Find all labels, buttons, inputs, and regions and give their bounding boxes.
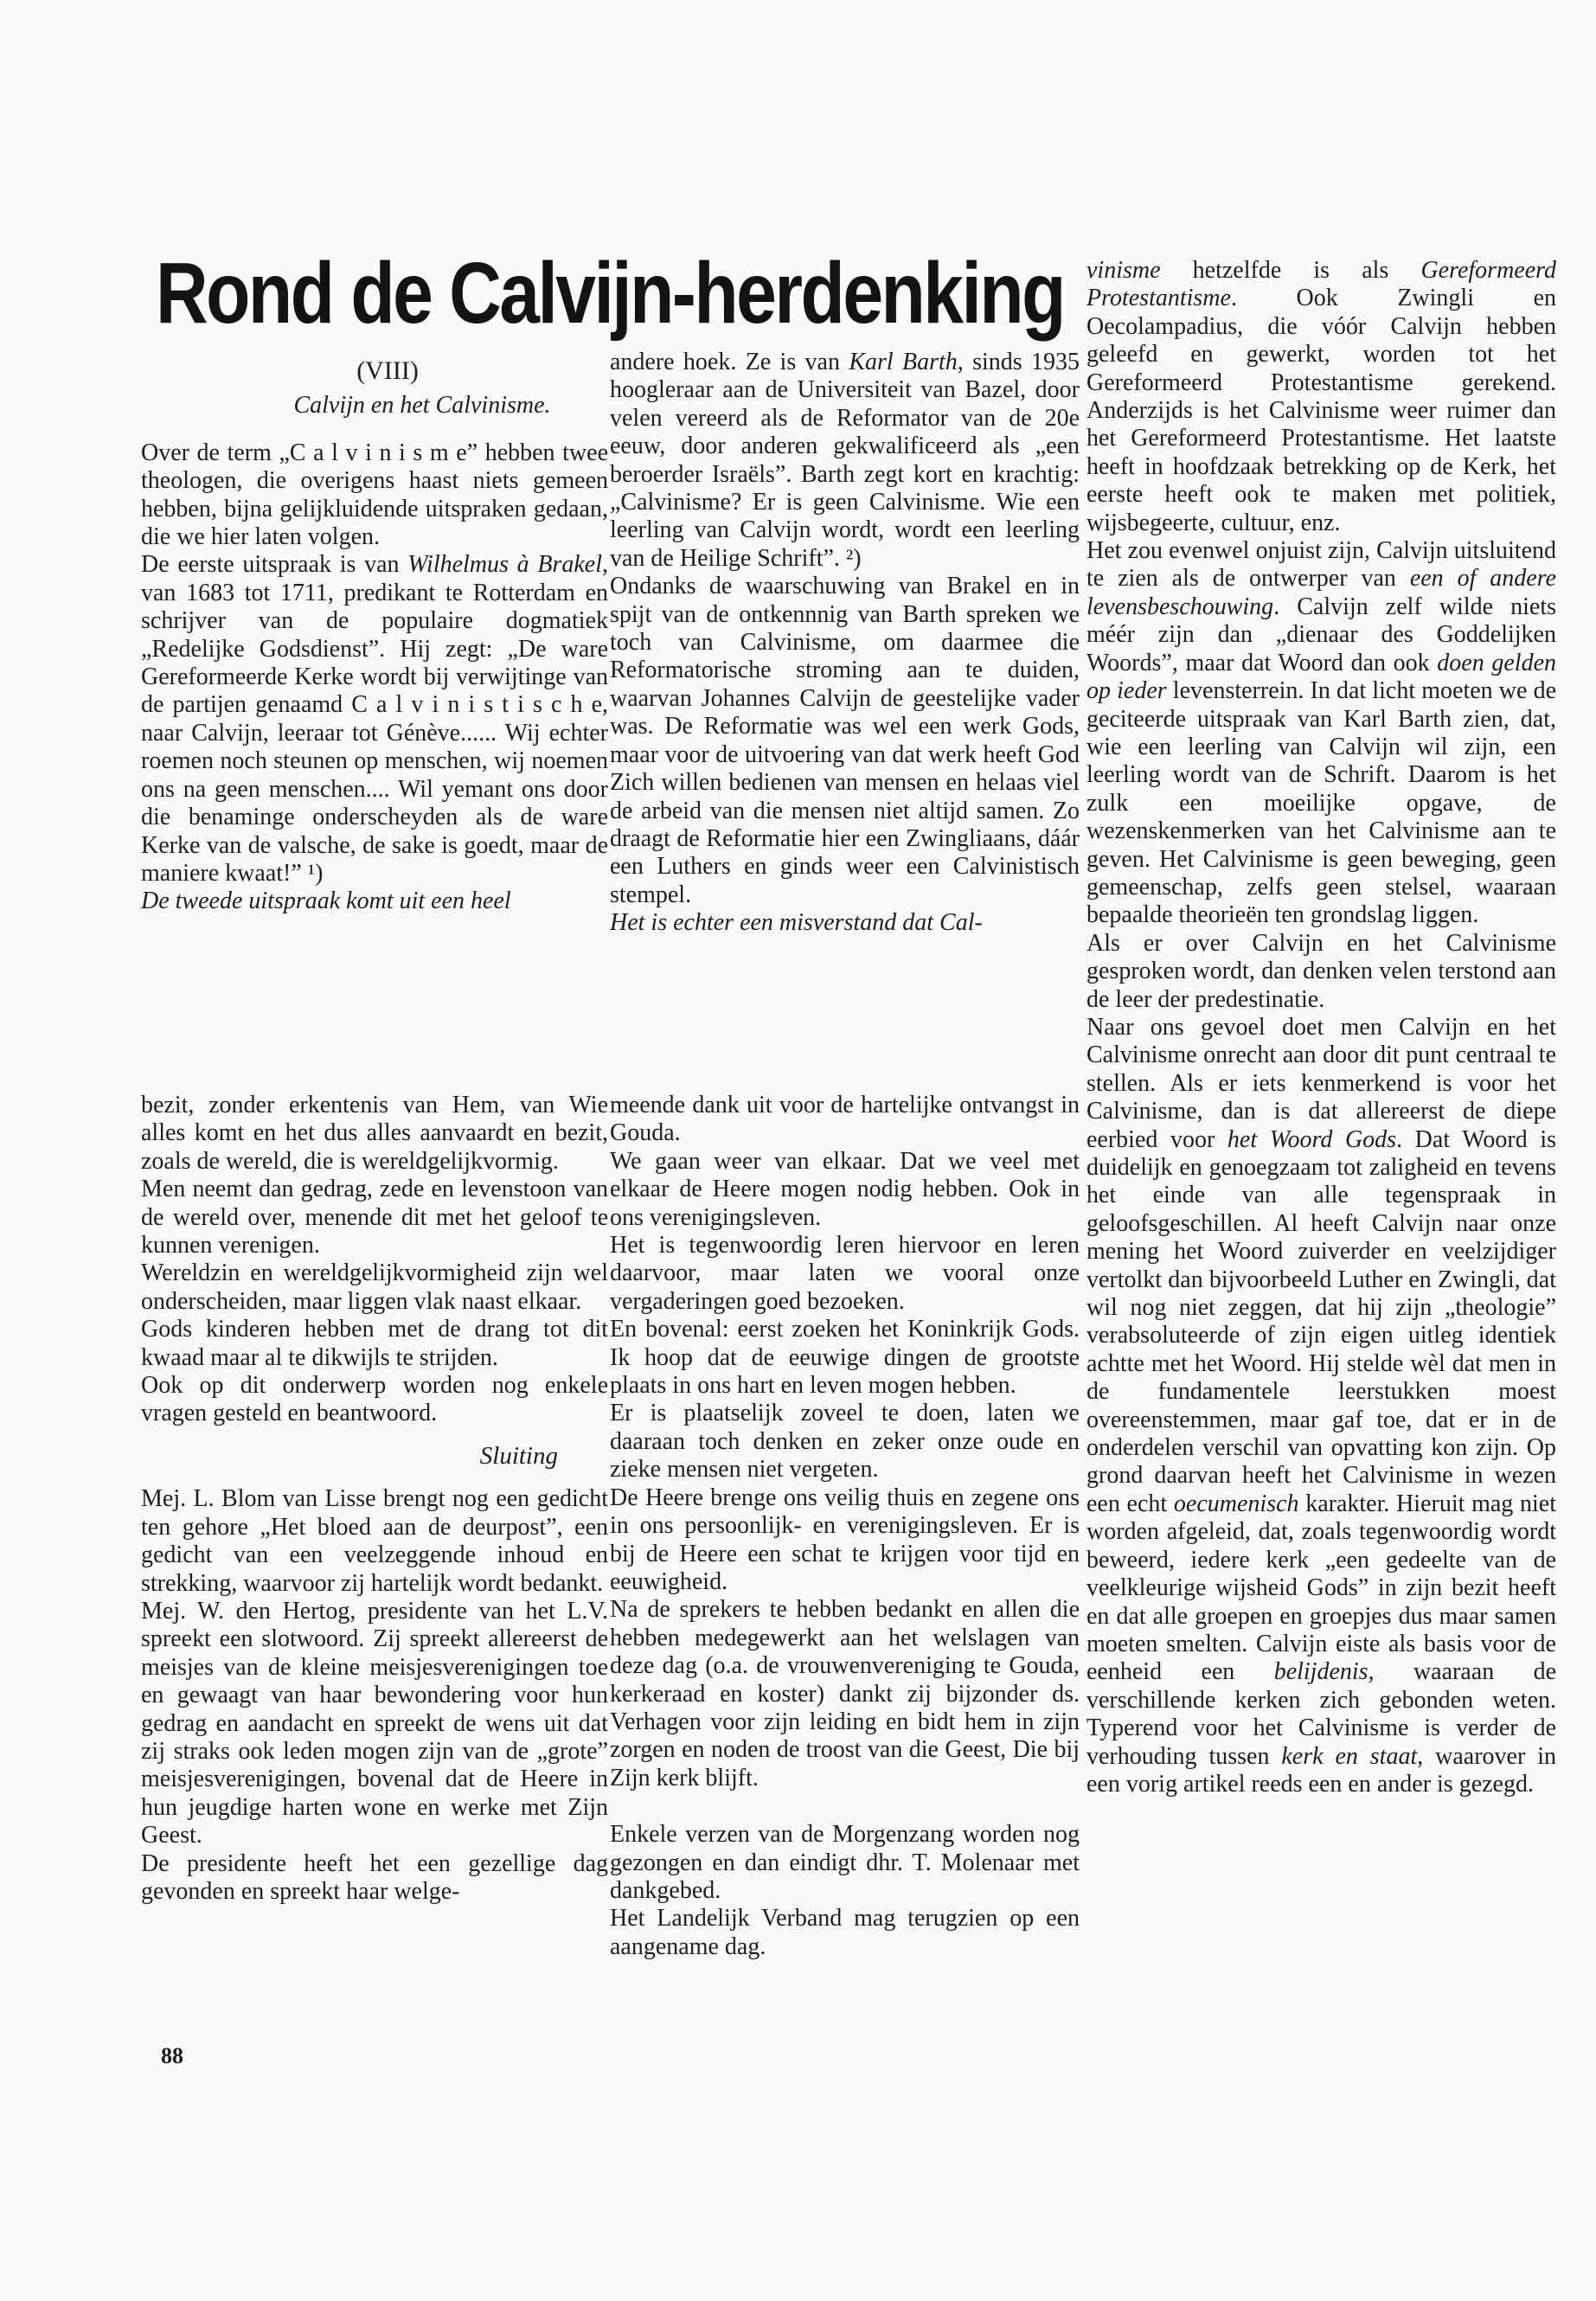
section-number: (VIII) [167, 357, 608, 385]
paragraph-group-col1-bottom-b: Mej. L. Blom van Lisse brengt nog een ge… [141, 1485, 608, 1906]
paragraph: bezit, zonder erkentenis van Hem, van Wi… [141, 1092, 608, 1176]
paragraph-group-col3: vinisme hetzelfde is als Gereformeerd Pr… [1086, 257, 1556, 1798]
paragraph: andere hoek. Ze is van Karl Barth, sinds… [610, 349, 1080, 573]
paragraph: En bovenal: eerst zoeken het Koninkrijk … [610, 1316, 1080, 1400]
paragraph: We gaan weer van elkaar. Dat we veel met… [610, 1148, 1080, 1232]
paragraph: Enkele verzen van de Morgenzang worden n… [610, 1821, 1080, 1905]
page-number: 88 [161, 2043, 183, 2069]
paragraph-group-col2-top: andere hoek. Ze is van Karl Barth, sinds… [610, 349, 1080, 938]
paragraph-group-col2-bottom-b: Enkele verzen van de Morgenzang worden n… [610, 1821, 1080, 1961]
column-2-bottom: meende dank uit voor de hartelijke ontva… [610, 1092, 1080, 1961]
paragraph-group-col1-bottom-a: bezit, zonder erkentenis van Hem, van Wi… [141, 1092, 608, 1428]
paragraph: De tweede uitspraak komt uit een heel [141, 888, 608, 915]
paragraph: meende dank uit voor de hartelijke ontva… [610, 1092, 1080, 1148]
paragraph: Er is plaatselijk zoveel te doen, laten … [610, 1400, 1080, 1484]
paragraph: Het is echter een misverstand dat Cal- [610, 909, 1080, 937]
paragraph: Ook op dit onderwerp worden nog enkele v… [141, 1372, 608, 1428]
paragraph: Over de term „C a l v i n i s m e” hebbe… [141, 439, 608, 552]
paragraph: De presidente heeft het een gezellige da… [141, 1850, 608, 1907]
paragraph: Naar ons gevoel doet men Calvijn en het … [1086, 1014, 1556, 1798]
scanned-magazine-page: Rond de Calvijn-herdenking (VIII) Calvij… [0, 0, 1596, 2301]
paragraph: De Heere brenge ons veilig thuis en zege… [610, 1484, 1080, 1597]
paragraph: Het is tegenwoordig leren hiervoor en le… [610, 1232, 1080, 1316]
paragraph: Als er over Calvijn en het Calvinisme ge… [1086, 930, 1556, 1014]
column-2-top: andere hoek. Ze is van Karl Barth, sinds… [610, 349, 1080, 938]
paragraph: Na de sprekers te hebben bedankt en alle… [610, 1596, 1080, 1792]
column-1-bottom: bezit, zonder erkentenis van Hem, van Wi… [141, 1092, 608, 1906]
paragraph: Mej. W. den Hertog, presidente van het L… [141, 1598, 608, 1850]
closing-heading: Sluiting [141, 1442, 608, 1470]
paragraph: Men neemt dan gedrag, zede en levenstoon… [141, 1176, 608, 1259]
paragraph: Wereldzin en wereldgelijkvormigheid zijn… [141, 1259, 608, 1316]
paragraph: De eerste uitspraak is van Wilhelmus à B… [141, 551, 608, 888]
paragraph: Mej. L. Blom van Lisse brengt nog een ge… [141, 1485, 608, 1598]
paragraph: Het zou evenwel onjuist zijn, Calvijn ui… [1086, 537, 1556, 930]
paragraph: Gods kinderen hebben met de drang tot di… [141, 1316, 608, 1372]
paragraph: Ondanks de waarschuwing van Brakel en in… [610, 573, 1080, 909]
column-3: vinisme hetzelfde is als Gereformeerd Pr… [1086, 257, 1556, 1798]
article-subtitle: Calvijn en het Calvinisme. [236, 392, 608, 420]
paragraph-group-col2-bottom-a: meende dank uit voor de hartelijke ontva… [610, 1092, 1080, 1792]
article-title: Rond de Calvijn-herdenking [156, 244, 1064, 343]
paragraph: vinisme hetzelfde is als Gereformeerd Pr… [1086, 257, 1556, 537]
column-1-top: (VIII) Calvijn en het Calvinisme. Over d… [141, 357, 608, 916]
paragraph-group-col1-top: Over de term „C a l v i n i s m e” hebbe… [141, 439, 608, 916]
paragraph: Het Landelijk Verband mag terugzien op e… [610, 1905, 1080, 1961]
